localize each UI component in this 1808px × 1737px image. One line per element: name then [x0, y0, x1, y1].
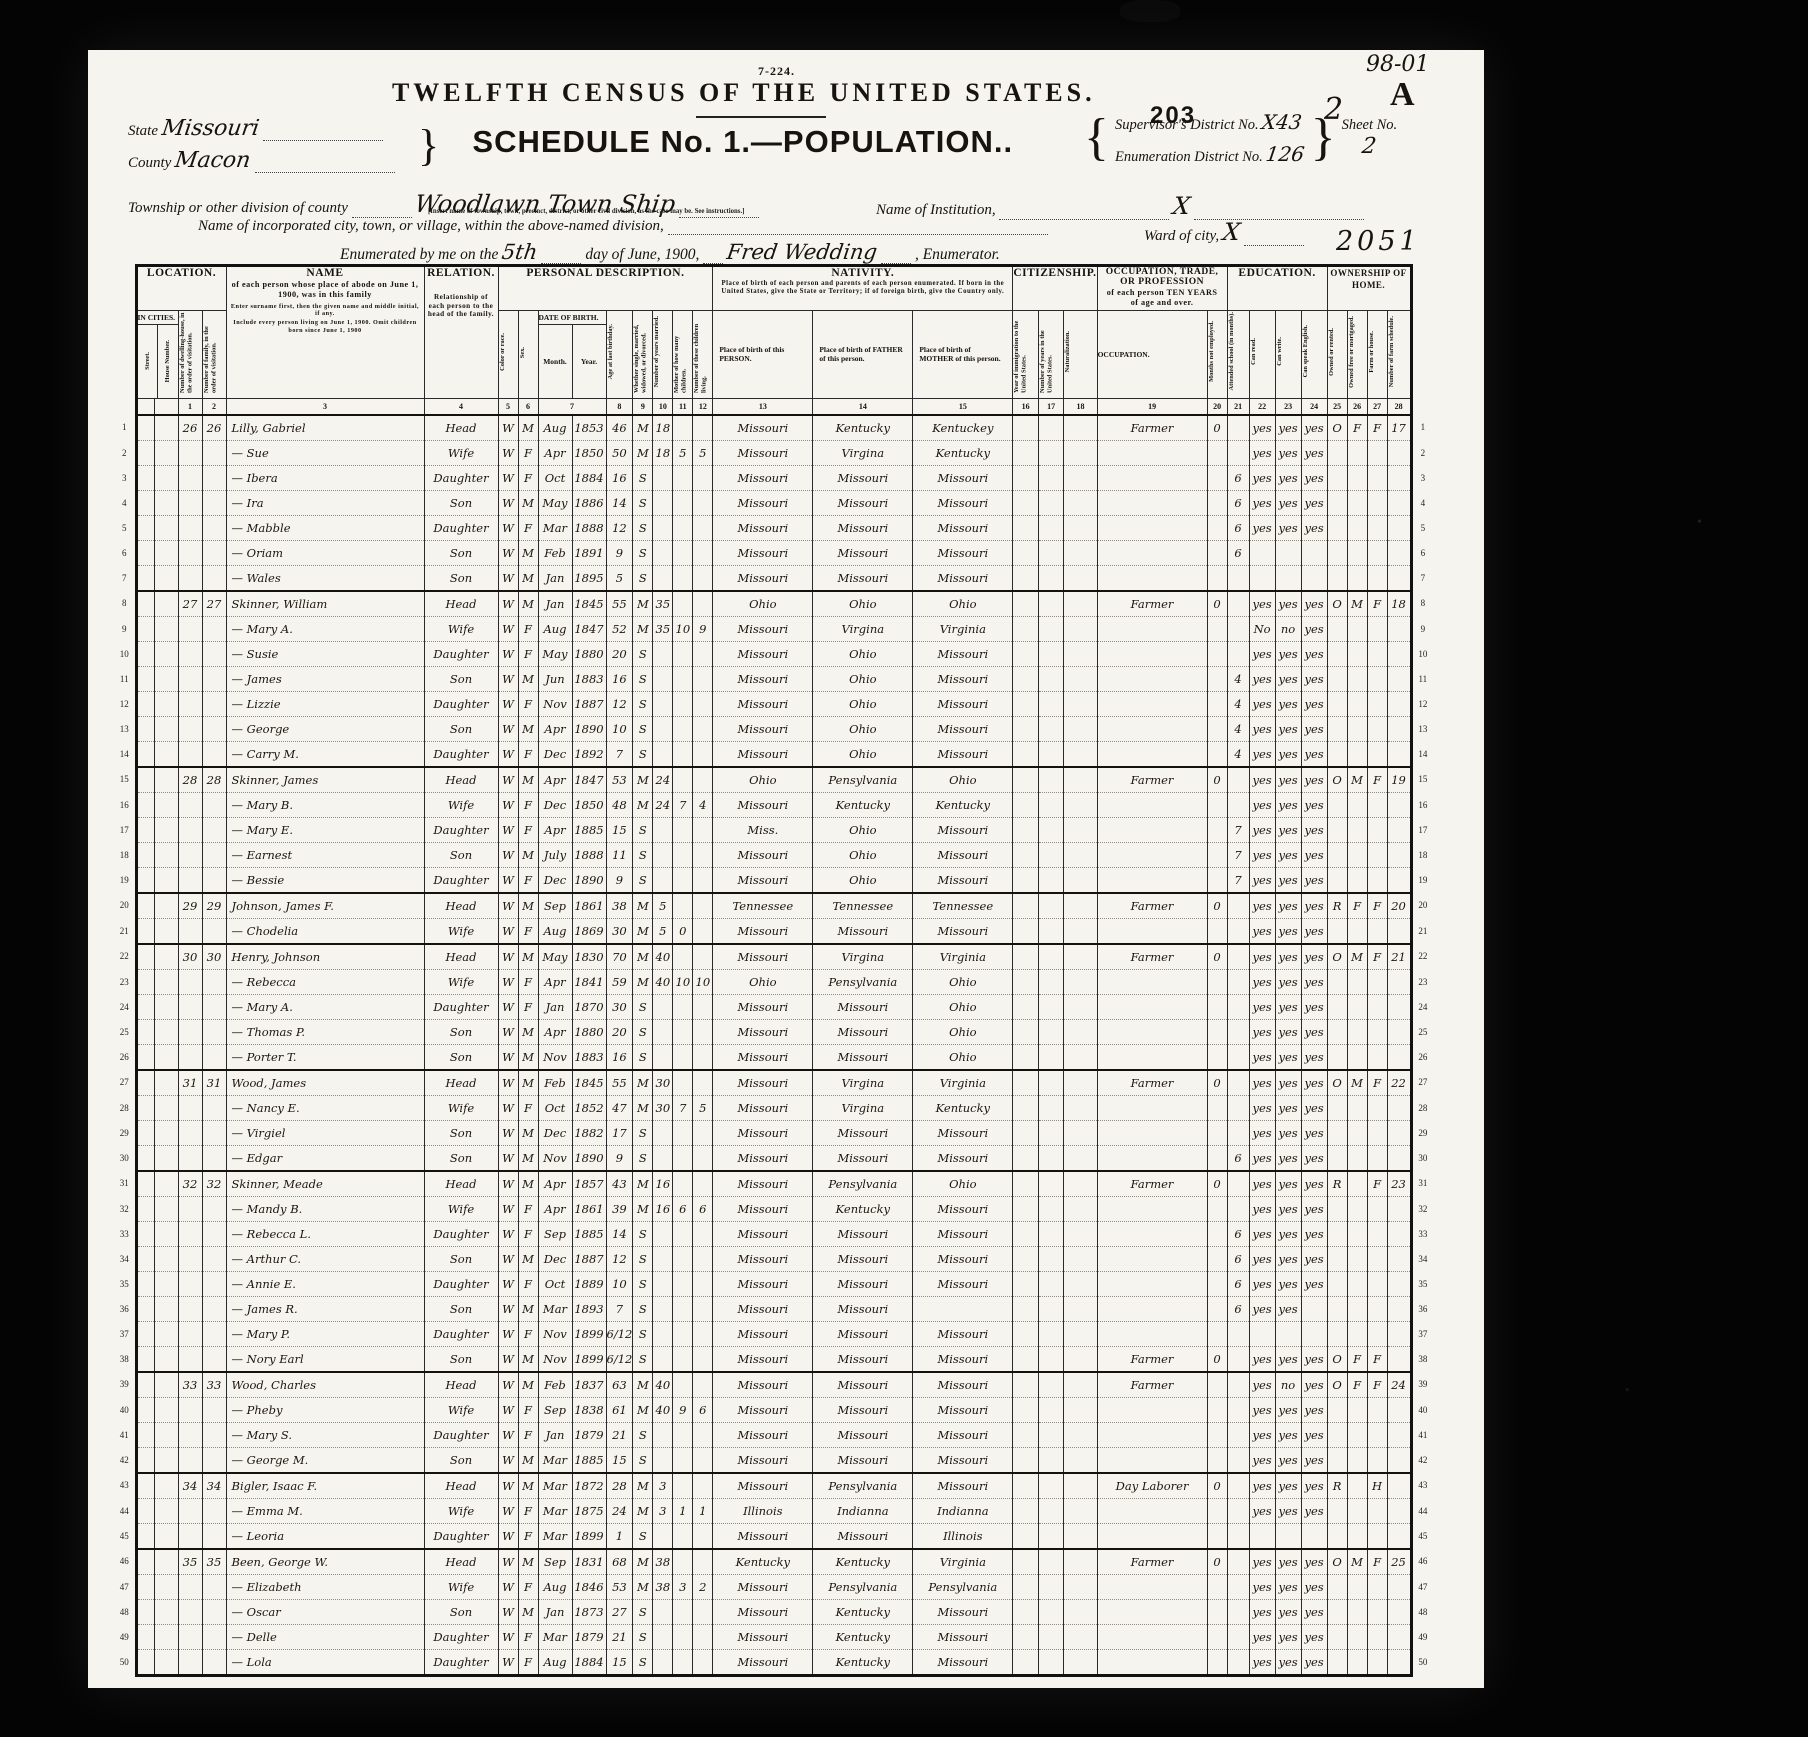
cell-dwelling-number — [178, 1346, 202, 1372]
cell-farm-schedule — [1387, 1196, 1411, 1221]
cell-occupation — [1097, 716, 1207, 741]
cell-marital: M — [633, 1095, 653, 1120]
cell-immigration-year — [1013, 1321, 1039, 1346]
cell-years-married — [653, 1599, 673, 1624]
cell-naturalization — [1064, 1549, 1097, 1575]
cell-color: W — [498, 1523, 518, 1549]
line-number: 40 — [114, 1397, 136, 1422]
cell-relation: Head — [424, 1473, 498, 1499]
cell-can-speak-english: yes — [1301, 1221, 1327, 1246]
dotted-line — [541, 249, 581, 264]
cell-can-write: yes — [1275, 1549, 1301, 1575]
cell-years-in-us — [1038, 591, 1064, 617]
cell-birth-year: 1838 — [572, 1397, 606, 1422]
line-number: 38 — [114, 1346, 136, 1372]
cell-birth-month: Nov — [538, 1044, 572, 1070]
cell-pob-mother: Virginia — [913, 1549, 1013, 1575]
cell-age: 12 — [606, 515, 633, 540]
cell-street — [136, 1246, 154, 1271]
line-number: 32 — [1411, 1196, 1433, 1221]
cell-color: W — [498, 1447, 518, 1473]
cell-can-write: yes — [1275, 1044, 1301, 1070]
cell-children-living — [693, 716, 713, 741]
cell-relation: Head — [424, 1549, 498, 1575]
cell-can-speak-english: yes — [1301, 842, 1327, 867]
cell-family-number — [202, 1624, 226, 1649]
cell-birth-year: 1891 — [572, 540, 606, 565]
cell-marital: S — [633, 994, 653, 1019]
cell-family-number — [202, 1296, 226, 1321]
line-number: 24 — [1411, 994, 1433, 1019]
cell-attended-school — [1227, 565, 1249, 591]
cell-occupation — [1097, 1296, 1207, 1321]
cell-years-in-us — [1038, 1120, 1064, 1145]
cell-children-living: 2 — [693, 1574, 713, 1599]
cell-free-mortgaged — [1347, 540, 1367, 565]
cell-immigration-year — [1013, 994, 1039, 1019]
cell-naturalization — [1064, 415, 1097, 441]
cell-farm-house — [1367, 1574, 1387, 1599]
cell-house-number — [154, 1321, 178, 1346]
cell-attended-school — [1227, 767, 1249, 793]
cell-farm-house: F — [1367, 893, 1387, 919]
cell-attended-school: 4 — [1227, 666, 1249, 691]
cell-owned-rented — [1327, 1095, 1347, 1120]
cell-years-married: 3 — [653, 1473, 673, 1499]
cell-years-in-us — [1038, 440, 1064, 465]
column-number: 3 — [226, 398, 424, 415]
cell-occupation — [1097, 540, 1207, 565]
cell-birth-year: 1890 — [572, 1145, 606, 1171]
cell-owned-rented — [1327, 969, 1347, 994]
cell-occupation — [1097, 1649, 1207, 1675]
cell-street — [136, 893, 154, 919]
cell-mother-of-children — [673, 1019, 693, 1044]
cell-birth-year: 1886 — [572, 490, 606, 515]
cell-house-number — [154, 1044, 178, 1070]
pob-person-column-header: Place of birth of this PERSON. — [713, 310, 813, 398]
cell-can-speak-english: yes — [1301, 1574, 1327, 1599]
cell-pob-mother: Missouri — [913, 1196, 1013, 1221]
cell-street — [136, 540, 154, 565]
cell-age: 11 — [606, 842, 633, 867]
line-number: 27 — [114, 1070, 136, 1096]
cell-pob-person: Missouri — [713, 1221, 813, 1246]
district-block: { Supervisor's District No. X43 Enumerat… — [1084, 108, 1397, 168]
dotted-line — [263, 126, 383, 141]
cell-mother-of-children — [673, 867, 693, 893]
cell-farm-schedule — [1387, 666, 1411, 691]
pob-mother-column-header: Place of birth of MOTHER of this person. — [913, 310, 1013, 398]
cell-name: — Rebecca — [226, 969, 424, 994]
cell-can-write: yes — [1275, 1019, 1301, 1044]
form-number: 7-224. — [758, 64, 795, 79]
cell-pob-mother: Missouri — [913, 1145, 1013, 1171]
cell-name: — Nancy E. — [226, 1095, 424, 1120]
cell-free-mortgaged — [1347, 1246, 1367, 1271]
cell-years-married — [653, 540, 673, 565]
line-number: 3 — [114, 465, 136, 490]
cell-birth-month: Aug — [538, 918, 572, 944]
cell-can-read: yes — [1249, 591, 1275, 617]
cell-dwelling-number — [178, 716, 202, 741]
cell-occupation — [1097, 1044, 1207, 1070]
cell-age: 20 — [606, 1019, 633, 1044]
cell-family-number — [202, 515, 226, 540]
cell-pob-person: Missouri — [713, 1296, 813, 1321]
farm-schedule-column-header: Number of farm schedule. — [1387, 310, 1411, 398]
line-number: 36 — [1411, 1296, 1433, 1321]
cell-years-married: 40 — [653, 1397, 673, 1422]
scan-background: 7-224. TWELFTH CENSUS OF THE UNITED STAT… — [0, 0, 1808, 1737]
cell-color: W — [498, 440, 518, 465]
cell-immigration-year — [1013, 465, 1039, 490]
cell-birth-month: Apr — [538, 716, 572, 741]
cell-family-number — [202, 1649, 226, 1675]
cell-pob-father: Missouri — [813, 490, 913, 515]
cell-attended-school — [1227, 893, 1249, 919]
cell-years-in-us — [1038, 1171, 1064, 1197]
cell-can-read: yes — [1249, 1044, 1275, 1070]
cell-relation: Daughter — [424, 1221, 498, 1246]
cell-birth-year: 1879 — [572, 1422, 606, 1447]
cell-naturalization — [1064, 440, 1097, 465]
cell-farm-schedule: 23 — [1387, 1171, 1411, 1197]
cell-name: Skinner, William — [226, 591, 424, 617]
cell-farm-house — [1367, 465, 1387, 490]
cell-occupation — [1097, 440, 1207, 465]
cell-can-read: yes — [1249, 440, 1275, 465]
cell-sex: F — [518, 1574, 538, 1599]
cell-dwelling-number — [178, 842, 202, 867]
supervisor-district-value: X43 — [1261, 110, 1304, 134]
cell-years-in-us — [1038, 1095, 1064, 1120]
cell-free-mortgaged — [1347, 666, 1367, 691]
cell-naturalization — [1064, 1372, 1097, 1398]
cell-months-not-employed: 0 — [1207, 1549, 1227, 1575]
cell-immigration-year — [1013, 1171, 1039, 1197]
cell-can-read: yes — [1249, 716, 1275, 741]
cell-house-number — [154, 918, 178, 944]
cell-owned-rented — [1327, 691, 1347, 716]
column-number — [136, 398, 154, 415]
cell-marital: M — [633, 1574, 653, 1599]
cell-marital: M — [633, 1196, 653, 1221]
cell-farm-house — [1367, 1321, 1387, 1346]
cell-color: W — [498, 691, 518, 716]
census-row: 14— Carry M.DaughterWFDec18927SMissouriO… — [114, 741, 1433, 767]
cell-marital: M — [633, 1473, 653, 1499]
cell-immigration-year — [1013, 1523, 1039, 1549]
cell-can-speak-english — [1301, 1296, 1327, 1321]
line-number: 32 — [114, 1196, 136, 1221]
cell-farm-schedule — [1387, 918, 1411, 944]
cell-age: 20 — [606, 641, 633, 666]
cell-naturalization — [1064, 944, 1097, 970]
cell-attended-school — [1227, 641, 1249, 666]
cell-family-number — [202, 817, 226, 842]
cell-age: 12 — [606, 691, 633, 716]
cell-can-write: no — [1275, 1372, 1301, 1398]
cell-house-number — [154, 1372, 178, 1398]
cell-dwelling-number — [178, 741, 202, 767]
cell-sex: M — [518, 1372, 538, 1398]
census-row: 28— Nancy E.WifeWFOct185247M3075Missouri… — [114, 1095, 1433, 1120]
cell-can-speak-english: yes — [1301, 1044, 1327, 1070]
cell-birth-year: 1899 — [572, 1523, 606, 1549]
cell-farm-house — [1367, 1120, 1387, 1145]
cell-marital: M — [633, 944, 653, 970]
cell-years-married: 38 — [653, 1574, 673, 1599]
cell-can-read: yes — [1249, 1120, 1275, 1145]
cell-street — [136, 817, 154, 842]
cell-months-not-employed — [1207, 1372, 1227, 1398]
cell-dwelling-number — [178, 666, 202, 691]
cell-years-married: 40 — [653, 1372, 673, 1398]
cell-months-not-employed — [1207, 741, 1227, 767]
cell-farm-schedule — [1387, 741, 1411, 767]
cell-marital: S — [633, 465, 653, 490]
cell-color: W — [498, 1422, 518, 1447]
cell-farm-schedule — [1387, 716, 1411, 741]
cell-street — [136, 1498, 154, 1523]
column-number — [154, 398, 178, 415]
cell-pob-person: Missouri — [713, 1196, 813, 1221]
cell-can-write: yes — [1275, 1624, 1301, 1649]
cell-owned-rented — [1327, 1447, 1347, 1473]
occupation-group-header: OCCUPATION, TRADE, OR PROFESSION of each… — [1097, 266, 1227, 311]
cell-marital: S — [633, 1271, 653, 1296]
cell-age: 55 — [606, 591, 633, 617]
cell-free-mortgaged — [1347, 1145, 1367, 1171]
cell-birth-year: 1892 — [572, 741, 606, 767]
cell-pob-mother: Missouri — [913, 716, 1013, 741]
cell-house-number — [154, 1422, 178, 1447]
cell-house-number — [154, 540, 178, 565]
line-number: 21 — [1411, 918, 1433, 944]
cell-relation: Head — [424, 591, 498, 617]
cell-age: 5 — [606, 565, 633, 591]
enumerated-day-value: 5th — [501, 240, 540, 264]
cell-can-speak-english: yes — [1301, 969, 1327, 994]
cell-naturalization — [1064, 465, 1097, 490]
cell-farm-house — [1367, 817, 1387, 842]
cell-attended-school — [1227, 1447, 1249, 1473]
cell-age: 46 — [606, 415, 633, 441]
cell-marital: M — [633, 969, 653, 994]
cell-occupation — [1097, 1599, 1207, 1624]
line-number: 35 — [114, 1271, 136, 1296]
city-field: Name of incorporated city, town, or vill… — [198, 218, 1048, 235]
cell-farm-schedule — [1387, 1346, 1411, 1372]
cell-farm-schedule — [1387, 1095, 1411, 1120]
cell-age: 6/12 — [606, 1346, 633, 1372]
cell-house-number — [154, 641, 178, 666]
cell-occupation — [1097, 490, 1207, 515]
cell-pob-person: Missouri — [713, 867, 813, 893]
cell-years-married — [653, 490, 673, 515]
cell-dwelling-number — [178, 1296, 202, 1321]
cell-children-living — [693, 1473, 713, 1499]
cell-name: Skinner, Meade — [226, 1171, 424, 1197]
cell-street — [136, 944, 154, 970]
cell-years-in-us — [1038, 616, 1064, 641]
cell-naturalization — [1064, 1321, 1097, 1346]
cell-birth-month: Jan — [538, 591, 572, 617]
census-row: 21— ChodeliaWifeWFAug186930M50MissouriMi… — [114, 918, 1433, 944]
cell-pob-father: Missouri — [813, 994, 913, 1019]
line-number: 1 — [1411, 415, 1433, 441]
cell-attended-school: 6 — [1227, 1296, 1249, 1321]
cell-owned-rented: O — [1327, 591, 1347, 617]
cell-naturalization — [1064, 1019, 1097, 1044]
cell-color: W — [498, 893, 518, 919]
cell-pob-person: Missouri — [713, 1044, 813, 1070]
cell-relation: Head — [424, 944, 498, 970]
cell-can-write: yes — [1275, 415, 1301, 441]
cell-farm-schedule — [1387, 616, 1411, 641]
cell-name: — Porter T. — [226, 1044, 424, 1070]
cell-pob-mother: Missouri — [913, 1346, 1013, 1372]
cell-birth-month: Apr — [538, 1019, 572, 1044]
cell-birth-year: 1870 — [572, 994, 606, 1019]
cell-farm-schedule: 22 — [1387, 1070, 1411, 1096]
cell-years-in-us — [1038, 741, 1064, 767]
cell-pob-person: Missouri — [713, 691, 813, 716]
cell-farm-schedule: 21 — [1387, 944, 1411, 970]
cell-years-in-us — [1038, 540, 1064, 565]
cell-sex: F — [518, 741, 538, 767]
column-number: 6 — [518, 398, 538, 415]
cell-months-not-employed — [1207, 1044, 1227, 1070]
cell-relation: Daughter — [424, 691, 498, 716]
census-row: 433434Bigler, Isaac F.HeadWMMar187228M3M… — [114, 1473, 1433, 1499]
cell-attended-school — [1227, 1422, 1249, 1447]
cell-sex: M — [518, 415, 538, 441]
census-row: 393333Wood, CharlesHeadWMFeb183763M40Mis… — [114, 1372, 1433, 1398]
cell-age: 30 — [606, 918, 633, 944]
cell-color: W — [498, 867, 518, 893]
cell-immigration-year — [1013, 1422, 1039, 1447]
cell-years-married — [653, 1346, 673, 1372]
cell-children-living — [693, 1624, 713, 1649]
cell-color: W — [498, 1120, 518, 1145]
cell-sex: F — [518, 616, 538, 641]
cell-farm-schedule: 20 — [1387, 893, 1411, 919]
cell-mother-of-children — [673, 767, 693, 793]
line-number: 47 — [1411, 1574, 1433, 1599]
cell-birth-month: Sep — [538, 1549, 572, 1575]
cell-pob-father: Missouri — [813, 465, 913, 490]
column-number: 18 — [1064, 398, 1097, 415]
line-number: 2 — [1411, 440, 1433, 465]
column-number: 11 — [673, 398, 693, 415]
cell-name: — Mary B. — [226, 792, 424, 817]
cell-street — [136, 691, 154, 716]
cell-can-read: yes — [1249, 944, 1275, 970]
cell-attended-school: 7 — [1227, 867, 1249, 893]
cell-marital: S — [633, 741, 653, 767]
cell-marital: S — [633, 1624, 653, 1649]
cell-naturalization — [1064, 893, 1097, 919]
cell-months-not-employed — [1207, 465, 1227, 490]
state-field: State Missouri — [128, 116, 383, 141]
cell-naturalization — [1064, 1221, 1097, 1246]
marital-status-column-header: Whether single, married, widowed, or div… — [633, 310, 653, 398]
cell-marital: S — [633, 641, 653, 666]
cell-dwelling-number: 29 — [178, 893, 202, 919]
cell-relation: Son — [424, 565, 498, 591]
cell-dwelling-number: 33 — [178, 1372, 202, 1398]
cell-color: W — [498, 1549, 518, 1575]
census-row: 42— George M.SonWMMar188515SMissouriMiss… — [114, 1447, 1433, 1473]
line-number: 20 — [1411, 893, 1433, 919]
cell-free-mortgaged — [1347, 1120, 1367, 1145]
cell-color: W — [498, 465, 518, 490]
cell-owned-rented — [1327, 1599, 1347, 1624]
cell-can-write: yes — [1275, 1422, 1301, 1447]
cell-mother-of-children: 1 — [673, 1498, 693, 1523]
cell-immigration-year — [1013, 691, 1039, 716]
supervisor-district-label: Supervisor's District No. — [1115, 117, 1259, 133]
cell-occupation — [1097, 1271, 1207, 1296]
line-number: 43 — [1411, 1473, 1433, 1499]
cell-relation: Wife — [424, 1574, 498, 1599]
can-speak-english-column-header: Can speak English. — [1301, 310, 1327, 398]
cell-attended-school — [1227, 944, 1249, 970]
cell-relation: Son — [424, 1120, 498, 1145]
in-cities-subheader: IN CITIES. Street. House Number. — [136, 310, 178, 398]
line-number-header-left — [114, 266, 136, 415]
cell-name: — Oriam — [226, 540, 424, 565]
cell-months-not-employed — [1207, 1296, 1227, 1321]
cell-color: W — [498, 616, 518, 641]
cell-pob-father: Missouri — [813, 540, 913, 565]
column-number: 25 — [1327, 398, 1347, 415]
census-row: 12626Lilly, GabrielHeadWMAug185346M18Mis… — [114, 415, 1433, 441]
cell-can-read — [1249, 1321, 1275, 1346]
cell-owned-rented — [1327, 641, 1347, 666]
cell-free-mortgaged — [1347, 1498, 1367, 1523]
cell-occupation — [1097, 1246, 1207, 1271]
line-number: 2 — [114, 440, 136, 465]
cell-marital: M — [633, 767, 653, 793]
cell-pob-person: Missouri — [713, 1574, 813, 1599]
cell-attended-school: 6 — [1227, 1271, 1249, 1296]
column-number: 14 — [813, 398, 913, 415]
cell-months-not-employed: 0 — [1207, 591, 1227, 617]
cell-owned-rented — [1327, 1271, 1347, 1296]
cell-sex: M — [518, 1145, 538, 1171]
cell-house-number — [154, 1447, 178, 1473]
cell-color: W — [498, 515, 518, 540]
cell-dwelling-number — [178, 1246, 202, 1271]
cell-mother-of-children — [673, 1070, 693, 1096]
cell-pob-father: Missouri — [813, 1372, 913, 1398]
cell-marital: M — [633, 893, 653, 919]
cell-house-number — [154, 1574, 178, 1599]
cell-mother-of-children — [673, 1372, 693, 1398]
cell-street — [136, 1473, 154, 1499]
cell-family-number: 27 — [202, 591, 226, 617]
cell-immigration-year — [1013, 792, 1039, 817]
cell-relation: Daughter — [424, 465, 498, 490]
cell-pob-father: Missouri — [813, 1019, 913, 1044]
cell-sex: F — [518, 1321, 538, 1346]
cell-street — [136, 1599, 154, 1624]
cell-children-living — [693, 1346, 713, 1372]
line-number: 9 — [114, 616, 136, 641]
